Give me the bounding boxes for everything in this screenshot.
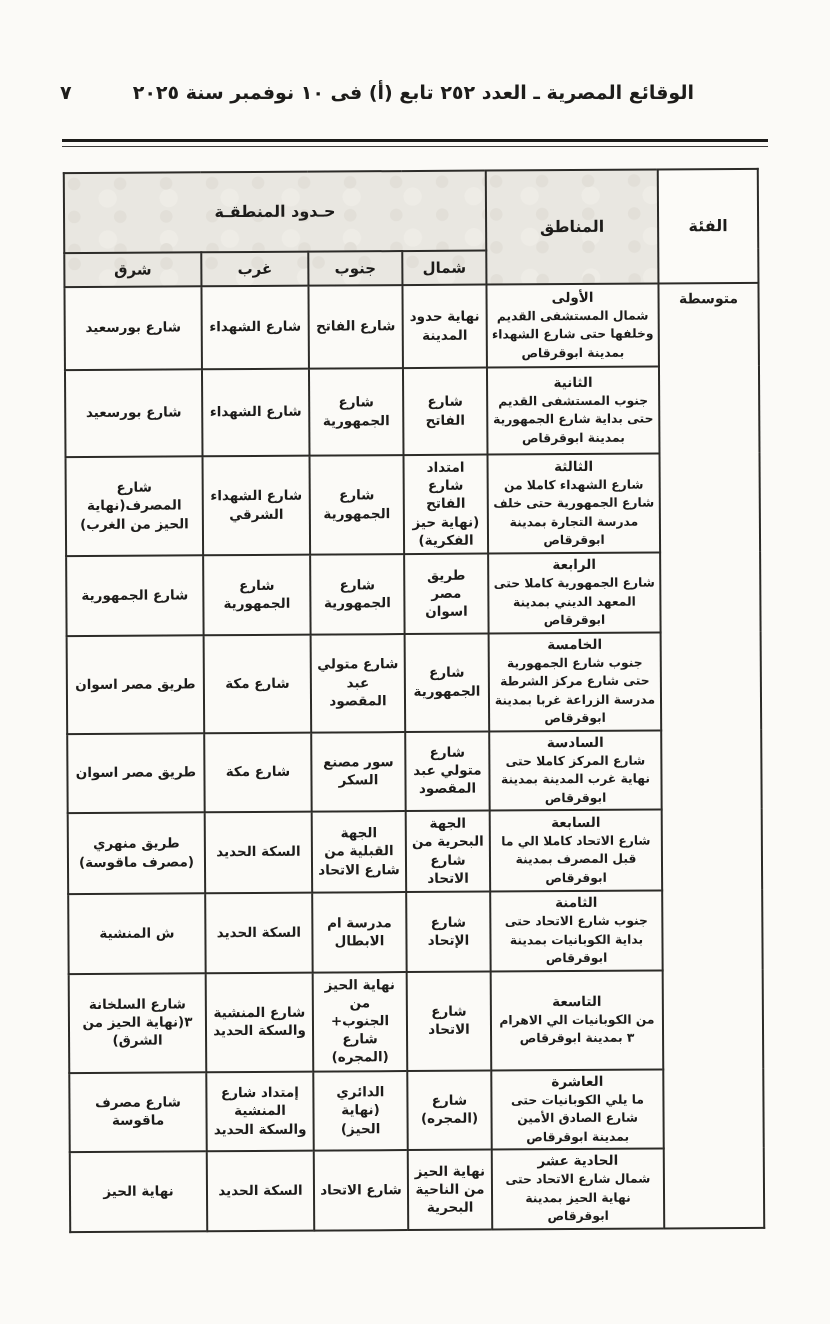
area-description: شارع الشهداء كاملا من شارع الجمهورية حتى… [493,475,655,550]
west-boundary-cell: السكة الحديد [207,1151,314,1231]
south-boundary-cell: شارع الاتحاد [314,1150,408,1230]
column-header-east: شرق [64,252,201,287]
south-boundary-cell: شارع الجمهورية [309,368,404,456]
area-title: التاسعة [496,992,658,1011]
table-row: السابعة شارع الاتحاد كاملا الي ما قبل ال… [68,809,762,894]
header-divider-rule [62,139,768,149]
area-cell: السابعة شارع الاتحاد كاملا الي ما قبل ال… [490,810,662,892]
table-header: الفئة المناطق حـدود المنطقـة شمال جنوب غ… [64,169,759,287]
area-title: الثالثة [493,457,655,476]
west-boundary-cell: شارع الشهداء [202,369,310,457]
area-description: جنوب شارع الجمهورية حتى شارع مركز الشرطة… [494,653,656,728]
east-boundary-cell: طريق مصر اسوان [67,733,204,813]
column-header-areas: المناطق [486,170,659,285]
east-boundary-cell: شارع الجمهورية [66,555,203,635]
table-row: الخامسة جنوب شارع الجمهورية حتى شارع مرك… [67,632,762,734]
south-boundary-cell: سور مصنع السكر [311,732,405,812]
west-boundary-cell: شارع الشهداء [201,286,309,370]
west-boundary-cell: السكة الحديد [205,812,312,894]
south-boundary-cell: مدرسة ام الابطال [312,892,406,972]
south-boundary-cell: نهاية الحيز من الجنوب+ شارع (المجره) [313,972,408,1072]
column-header-boundaries: حـدود المنطقـة [64,171,486,254]
area-description: شمال المستشفى القديم وخلفها حتى شارع الش… [492,306,654,362]
north-boundary-cell: الجهة البحرية من شارع الاتحاد [406,811,490,892]
north-boundary-cell: شارع الإتحاد [406,892,490,972]
area-title: الخامسة [494,635,656,654]
area-title: الأولى [491,288,653,307]
area-title: العاشرة [496,1072,658,1091]
south-boundary-cell: الدائري (نهاية الحيز) [313,1071,407,1151]
area-cell: الثامنة جنوب شارع الاتحاد حتى بداية الكو… [490,890,662,971]
table-row: الثالثة شارع الشهداء كاملا من شارع الجمه… [66,453,761,556]
column-header-category: الفئة [658,169,759,284]
area-cell: الأولى شمال المستشفى القديم وخلفها حتى ش… [486,283,659,367]
north-boundary-cell: طريق مصر اسوان [404,554,488,634]
area-cell: الثانية جنوب المستشفى القديم حتى بداية ش… [487,366,660,454]
table-row: متوسطة الأولى شمال المستشفى القديم وخلفه… [64,283,758,370]
south-boundary-cell: شارع الجمهورية [310,455,405,555]
east-boundary-cell: نهاية الحيز [70,1151,207,1231]
area-cell: الخامسة جنوب شارع الجمهورية حتى شارع مرك… [489,632,662,731]
column-header-west: غرب [201,252,308,287]
west-boundary-cell: شارع الجمهورية [203,555,310,635]
east-boundary-cell: طريق منهري (مصرف ماقوسة) [68,812,205,894]
west-boundary-cell: شارع الشهداء الشرقي [203,456,311,556]
east-boundary-cell: شارع مصرف ماقوسة [69,1072,206,1152]
west-boundary-cell: إمتداد شارع المنشية والسكة الحديد [206,1071,313,1151]
south-boundary-cell: شارع متولي عبد المقصود [311,634,406,733]
area-title: الثامنة [495,894,657,913]
area-description: من الكوبانيات الي الاهرام ٣ بمدينة ابوقر… [496,1010,658,1048]
area-title: السادسة [494,733,656,752]
area-cell: العاشرة ما يلي الكوبانيات حتى شارع الصاد… [491,1069,663,1150]
table-row: الرابعة شارع الجمهورية كاملا حتى المعهد … [66,552,760,636]
area-title: الحادية عشر [497,1152,659,1171]
east-boundary-cell: شارع بورسعيد [65,369,203,457]
area-cell: السادسة شارع المركز كاملا حتى نهاية غرب … [489,730,661,811]
north-boundary-cell: شارع الاتحاد [407,971,492,1071]
page-header: الوقائع المصرية ـ العدد ٢٥٢ تابع (أ) فى … [60,82,694,104]
table-body: متوسطة الأولى شمال المستشفى القديم وخلفه… [64,283,764,1232]
area-description: جنوب المستشفى القديم حتى بداية شارع الجم… [492,391,654,447]
table-row: الحادية عشر شمال شارع الاتحاد حتى نهاية … [70,1148,764,1232]
west-boundary-cell: شارع مكة [204,634,312,733]
west-boundary-cell: السكة الحديد [205,893,312,973]
area-description: شمال شارع الاتحاد حتى نهاية الحيز بمدينة… [497,1170,659,1226]
east-boundary-cell: شارع بورسعيد [64,286,202,370]
east-boundary-cell: شارع السلخانة ٣(نهاية الحيز من الشرق) [69,973,207,1073]
table-row: التاسعة من الكوبانيات الي الاهرام ٣ بمدي… [69,969,764,1072]
area-description: شارع الجمهورية كاملا حتى المعهد الديني ب… [493,574,655,630]
area-title: الرابعة [493,556,655,575]
column-header-north: شمال [402,251,486,286]
category-value-cell: متوسطة [658,283,764,1228]
north-boundary-cell: نهاية حدود المدينة [402,285,487,369]
table-row: العاشرة ما يلي الكوبانيات حتى شارع الصاد… [69,1068,763,1152]
north-boundary-cell: نهاية الحيز من الناحية البحرية [408,1150,492,1230]
gazette-title: الوقائع المصرية ـ العدد ٢٥٢ تابع (أ) فى … [133,82,694,104]
zones-boundaries-table: الفئة المناطق حـدود المنطقـة شمال جنوب غ… [63,168,765,1233]
page-number: ٧ [60,82,72,104]
south-boundary-cell: الجهة القبلية من شارع الاتحاد [312,811,406,892]
north-boundary-cell: شارع (المجره) [407,1070,491,1150]
area-description: جنوب شارع الاتحاد حتى بداية الكوبانيات ب… [495,912,657,968]
east-boundary-cell: شارع المصرف(نهاية الحيز من الغرب) [66,456,204,556]
area-cell: الحادية عشر شمال شارع الاتحاد حتى نهاية … [492,1149,664,1230]
west-boundary-cell: شارع مكة [204,732,311,812]
north-boundary-cell: شارع الجمهورية [405,633,490,731]
west-boundary-cell: شارع المنشية والسكة الحديد [206,972,314,1072]
column-header-south: جنوب [308,251,402,286]
area-cell: الرابعة شارع الجمهورية كاملا حتى المعهد … [488,553,660,634]
area-cell: التاسعة من الكوبانيات الي الاهرام ٣ بمدي… [491,970,664,1070]
east-boundary-cell: ش المنشية [68,893,205,973]
area-description: شارع الاتحاد كاملا الي ما قبل المصرف بمد… [495,832,657,888]
table-row: الثانية جنوب المستشفى القديم حتى بداية ش… [65,366,760,457]
table-row: الثامنة جنوب شارع الاتحاد حتى بداية الكو… [68,890,762,974]
north-boundary-cell: امتداد شارع الفاتح (نهاية حيز الفكرية) [404,455,489,555]
east-boundary-cell: طريق مصر اسوان [67,635,205,734]
south-boundary-cell: شارع الجمهورية [310,554,404,634]
table-row: السادسة شارع المركز كاملا حتى نهاية غرب … [67,729,761,813]
area-cell: الثالثة شارع الشهداء كاملا من شارع الجمه… [487,453,660,553]
north-boundary-cell: شارع الفاتح [403,368,488,456]
area-description: ما يلي الكوبانيات حتى شارع الصادق الأمين… [496,1090,658,1146]
area-title: الثانية [492,373,654,392]
area-title: السابعة [495,813,657,832]
area-description: شارع المركز كاملا حتى نهاية غرب المدينة … [494,751,656,807]
north-boundary-cell: شارع متولي عبد المقصود [405,731,489,811]
south-boundary-cell: شارع الفاتح [308,285,403,369]
